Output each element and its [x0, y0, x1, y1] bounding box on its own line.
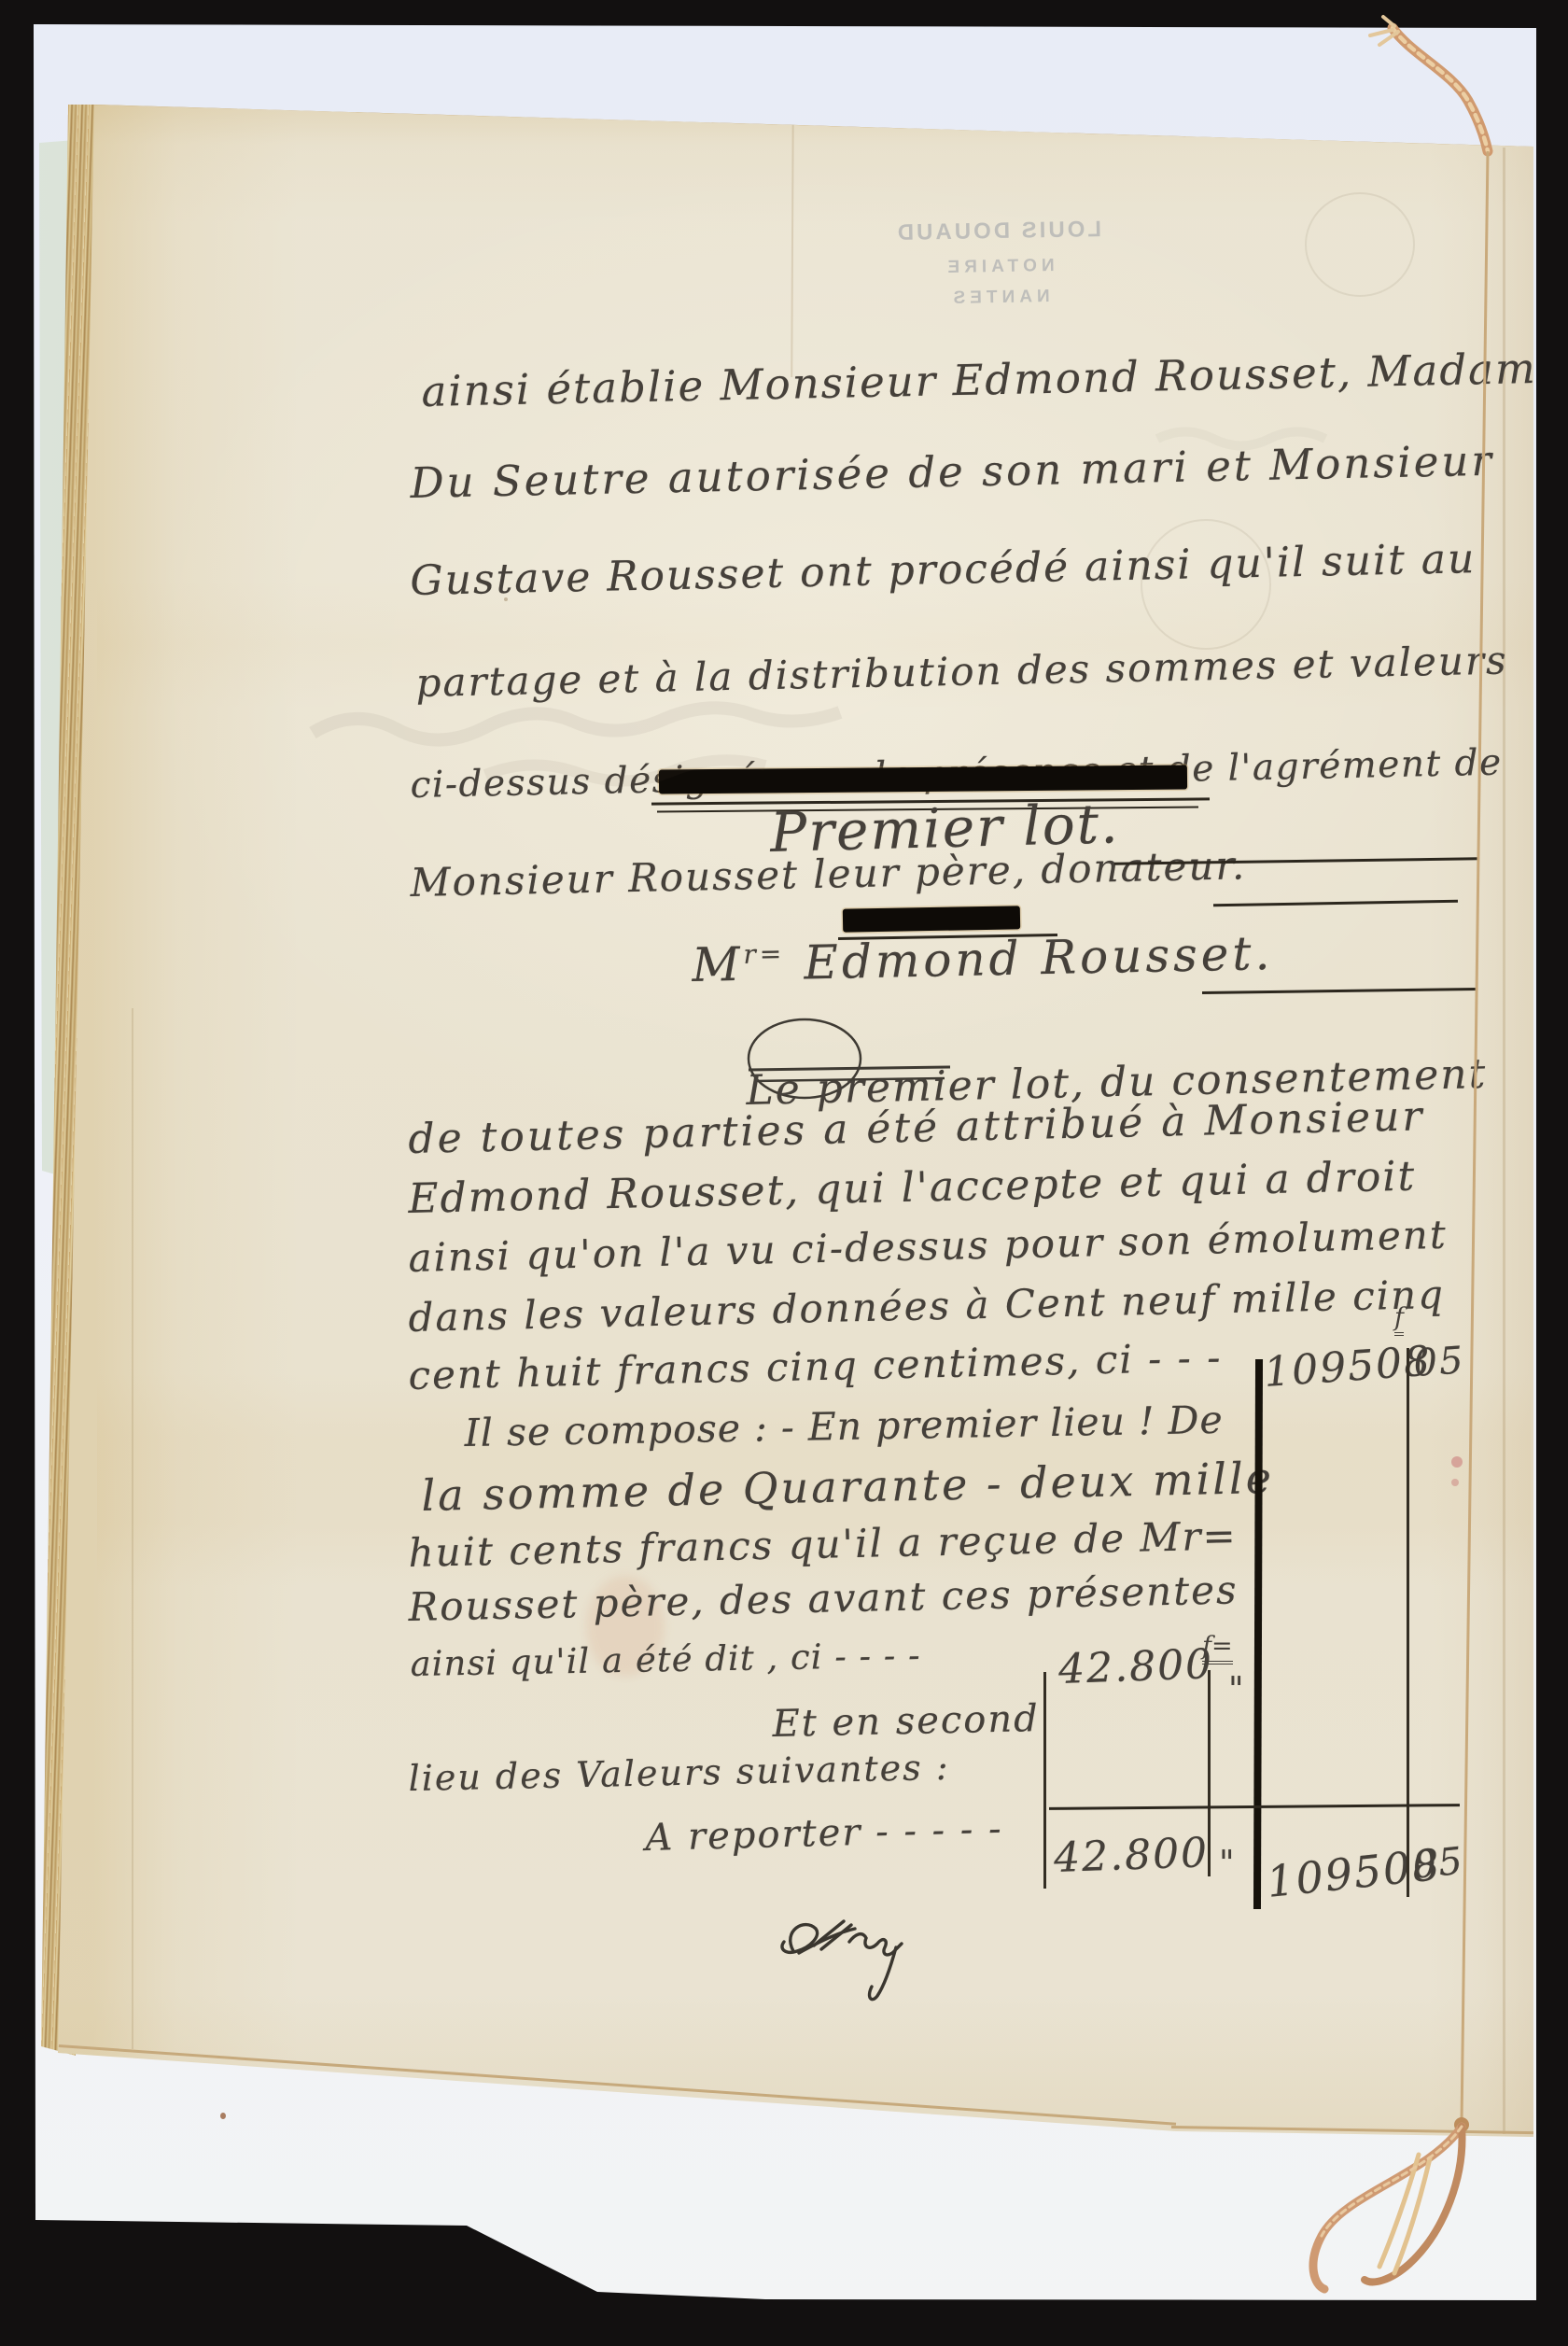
binding-string-right — [1462, 151, 1488, 2123]
wax-dot-1 — [1451, 1456, 1463, 1468]
binding-overlay — [0, 0, 1568, 2346]
binding-cord-loop-bottom — [1313, 2127, 1462, 2289]
binding-cord-top — [1370, 17, 1488, 151]
scanned-document: 720 LOUIS DOUAUD NOTAIRE NANTES ainsi ét… — [0, 0, 1568, 2346]
wax-dot-2 — [1451, 1479, 1459, 1486]
